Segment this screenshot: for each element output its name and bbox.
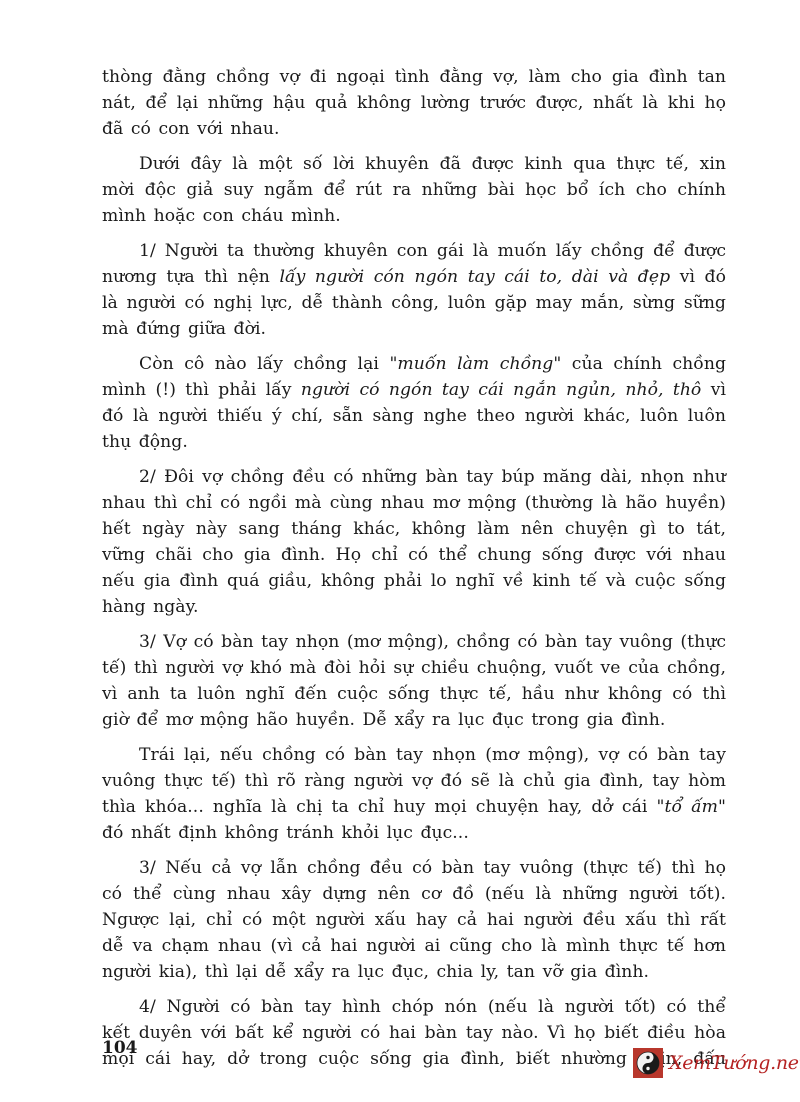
paragraph: thòng đằng chồng vợ đi ngoại tình đằng v… [102, 64, 726, 142]
text-run: mình (!) thì phải lấy [102, 380, 301, 400]
text-line: kết duyên với bất kể người có hai bàn ta… [102, 1020, 726, 1046]
text-line: thụ động. [102, 429, 726, 455]
text-run: 3/ Vợ có bàn tay nhọn (mơ mộng), chồng c… [139, 632, 726, 652]
text-run: Dưới đây là một số lời khuyên đã được ki… [139, 154, 726, 174]
text-line: đã có con với nhau. [102, 116, 726, 142]
text-run: 1/ Người ta thường khuyên con gái là muố… [139, 241, 726, 261]
site-watermark-text: XemTướng.net [669, 1052, 800, 1074]
text-line: mời độc giả suy ngẫm để rút ra những bài… [102, 177, 726, 203]
text-line: hết ngày này sang tháng khác, không làm … [102, 516, 726, 542]
text-line: giờ để mơ mộng hão huyền. Dễ xẩy ra lục … [102, 707, 726, 733]
text-run: 3/ Nếu cả vợ lẫn chồng đều có bàn tay vu… [139, 858, 726, 878]
text-line: vuông thực tế) thì rõ ràng người vợ đó s… [102, 768, 726, 794]
site-watermark-logo: XemTướng.net [633, 1048, 800, 1078]
yin-yang-icon [633, 1048, 663, 1078]
italic-phrase: "muốn làm chồng" [389, 354, 561, 374]
text-run: thìa khóa... nghĩa là chị ta chỉ huy mọi… [102, 797, 657, 817]
text-line: có thể cùng nhau xây dựng nên cơ đồ (nếu… [102, 881, 726, 907]
paragraph: 3/ Vợ có bàn tay nhọn (mơ mộng), chồng c… [102, 629, 726, 733]
text-line: Còn cô nào lấy chồng lại "muốn làm chồng… [102, 351, 726, 377]
italic-phrase: lấy người cón ngón tay cái to, dài và đẹ… [279, 267, 670, 287]
text-run: mà đứng giữa đời. [102, 319, 266, 339]
text-line: Trái lại, nếu chồng có bàn tay nhọn (mơ … [102, 742, 726, 768]
text-run: mời độc giả suy ngẫm để rút ra những bài… [102, 180, 726, 200]
text-line: thìa khóa... nghĩa là chị ta chỉ huy mọi… [102, 794, 726, 820]
text-line: nương tựa thì nện lấy người cón ngón tay… [102, 264, 726, 290]
paragraph: 3/ Nếu cả vợ lẫn chồng đều có bàn tay vu… [102, 855, 726, 985]
text-run: người kia), thì lại dễ xẩy ra lục đục, c… [102, 962, 649, 982]
text-line: vững chãi cho gia đình. Họ chỉ có thể ch… [102, 542, 726, 568]
text-run: đã có con với nhau. [102, 119, 280, 139]
paragraph: 2/ Đôi vợ chồng đều có những bàn tay búp… [102, 464, 726, 620]
text-run: hết ngày này sang tháng khác, không làm … [102, 519, 726, 539]
text-line: mình hoặc con cháu mình. [102, 203, 726, 229]
text-run: vững chãi cho gia đình. Họ chỉ có thể ch… [102, 545, 726, 565]
page-body: thòng đằng chồng vợ đi ngoại tình đằng v… [102, 64, 726, 1081]
text-run: vì [701, 380, 726, 400]
paragraph: 1/ Người ta thường khuyên con gái là muố… [102, 238, 726, 342]
text-run: kết duyên với bất kể người có hai bàn ta… [102, 1023, 726, 1043]
text-line: 2/ Đôi vợ chồng đều có những bàn tay búp… [102, 464, 726, 490]
text-run: đó là người thiếu ý chí, sẵn sàng nghe t… [102, 406, 726, 426]
text-run: hàng ngày. [102, 597, 199, 617]
text-run: 2/ Đôi vợ chồng đều có những bàn tay búp… [139, 467, 726, 487]
text-line: 1/ Người ta thường khuyên con gái là muố… [102, 238, 726, 264]
paragraph: Dưới đây là một số lời khuyên đã được ki… [102, 151, 726, 229]
text-line: đó nhất định không tránh khỏi lục đục... [102, 820, 726, 846]
text-line: 3/ Nếu cả vợ lẫn chồng đều có bàn tay vu… [102, 855, 726, 881]
text-line: hàng ngày. [102, 594, 726, 620]
text-run: nếu gia đình quá giầu, không phải lo ngh… [102, 571, 726, 591]
italic-phrase: người có ngón tay cái ngắn ngủn, nhỏ, th… [301, 380, 701, 400]
paragraph: Trái lại, nếu chồng có bàn tay nhọn (mơ … [102, 742, 726, 846]
text-line: vì anh ta luôn nghĩ đến cuộc sống thực t… [102, 681, 726, 707]
text-run: giờ để mơ mộng hão huyền. Dễ xẩy ra lục … [102, 710, 665, 730]
text-run: Ngược lại, chỉ có một người xấu hay cả h… [102, 910, 726, 930]
text-line: dễ va chạm nhau (vì cả hai người ai cũng… [102, 933, 726, 959]
text-run: thòng đằng chồng vợ đi ngoại tình đằng v… [102, 67, 726, 87]
text-line: nát, để lại những hậu quả không lường tr… [102, 90, 726, 116]
text-line: Dưới đây là một số lời khuyên đã được ki… [102, 151, 726, 177]
text-run: tế) thì người vợ khó mà đòi hỏi sự chiều… [102, 658, 726, 678]
text-line: người kia), thì lại dễ xẩy ra lục đục, c… [102, 959, 726, 985]
text-run: mình hoặc con cháu mình. [102, 206, 341, 226]
italic-phrase: "tổ ấm" [657, 797, 726, 817]
page-number: 104 [102, 1038, 138, 1058]
text-line: 4/ Người có bàn tay hình chóp nón (nếu l… [102, 994, 726, 1020]
text-run: thụ động. [102, 432, 188, 452]
text-run: có thể cùng nhau xây dựng nên cơ đồ (nếu… [102, 884, 726, 904]
text-line: là người có nghị lực, dễ thành công, luô… [102, 290, 726, 316]
text-run: dễ va chạm nhau (vì cả hai người ai cũng… [102, 936, 726, 956]
text-run: của chính chồng [561, 354, 726, 374]
text-line: đó là người thiếu ý chí, sẵn sàng nghe t… [102, 403, 726, 429]
text-line: tế) thì người vợ khó mà đòi hỏi sự chiều… [102, 655, 726, 681]
text-run: vuông thực tế) thì rõ ràng người vợ đó s… [102, 771, 726, 791]
text-run: đó nhất định không tránh khỏi lục đục... [102, 823, 469, 843]
paragraph: Còn cô nào lấy chồng lại "muốn làm chồng… [102, 351, 726, 455]
text-run: Còn cô nào lấy chồng lại [139, 354, 389, 374]
text-line: thòng đằng chồng vợ đi ngoại tình đằng v… [102, 64, 726, 90]
text-line: nhau thì chỉ có ngồi mà cùng nhau mơ mộn… [102, 490, 726, 516]
text-run: vì anh ta luôn nghĩ đến cuộc sống thực t… [102, 684, 726, 704]
text-run: vì đó [670, 267, 726, 287]
text-run: nhau thì chỉ có ngồi mà cùng nhau mơ mộn… [102, 493, 726, 513]
text-run: Trái lại, nếu chồng có bàn tay nhọn (mơ … [139, 745, 726, 765]
text-run: 4/ Người có bàn tay hình chóp nón (nếu l… [139, 997, 726, 1017]
text-run: nát, để lại những hậu quả không lường tr… [102, 93, 726, 113]
text-line: 3/ Vợ có bàn tay nhọn (mơ mộng), chồng c… [102, 629, 726, 655]
text-line: mà đứng giữa đời. [102, 316, 726, 342]
text-run: là người có nghị lực, dễ thành công, luô… [102, 293, 726, 313]
text-line: mình (!) thì phải lấy người có ngón tay … [102, 377, 726, 403]
text-line: Ngược lại, chỉ có một người xấu hay cả h… [102, 907, 726, 933]
text-run: nương tựa thì nện [102, 267, 279, 287]
text-line: nếu gia đình quá giầu, không phải lo ngh… [102, 568, 726, 594]
